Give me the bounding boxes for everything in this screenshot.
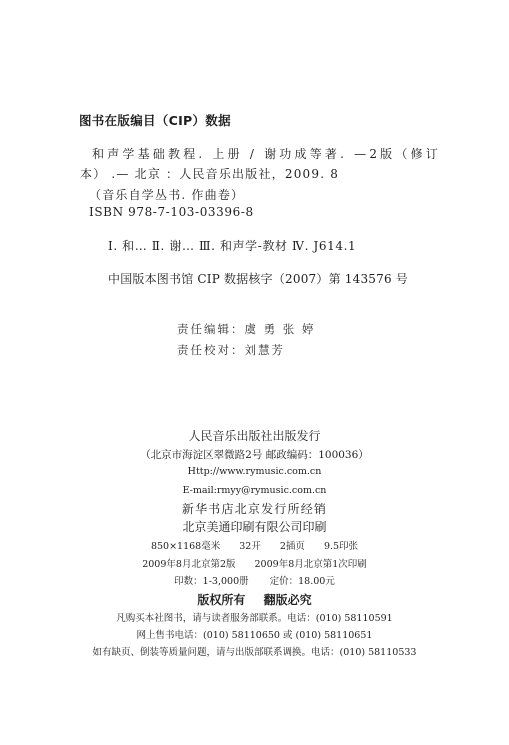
edition: 2009年8月北京第2版 — [142, 559, 235, 570]
piracy-warning: 翻版必究 — [264, 593, 312, 607]
publisher-name: 人民音乐出版社出版发行 — [0, 427, 509, 444]
spec-sheets: 9.5印张 — [324, 541, 358, 552]
cip-title-line: 和声学基础教程. 上册 / 谢功成等著. —2版（修订 — [92, 145, 441, 162]
cip-heading: 图书在版编目（CIP）数据 — [79, 111, 231, 129]
publisher-email: E-mail:rmyy@rymusic.com.cn — [0, 485, 509, 496]
online-sales-contact: 网上售书电话：(010) 58110650 或 (010) 58110651 — [0, 627, 509, 641]
copies: 印数：1-3,000册 — [174, 576, 248, 587]
publisher-website: Http://www.rymusic.com.cn — [0, 466, 509, 477]
spec-inserts: 2插页 — [280, 541, 305, 552]
reader-service-contact: 凡购买本社图书，请与读者服务部联系。电话：(010) 58110591 — [0, 610, 509, 624]
responsible-editors: 责任编辑：虞 勇 张 婷 — [177, 321, 315, 337]
printing: 2009年8月北京第1次印刷 — [255, 559, 367, 570]
rights-reserved: 版权所有 — [197, 593, 245, 607]
spec-kai: 32开 — [239, 541, 261, 552]
spec-format: 850×1168毫米 — [151, 541, 220, 552]
print-run: 印数：1-3,000册 定价：18.00元 — [0, 573, 509, 587]
distributor: 新华书店北京发行所经销 — [0, 500, 509, 517]
proofreader: 责任校对：刘慧芳 — [177, 342, 285, 358]
edition-info: 2009年8月北京第2版 2009年8月北京第1次印刷 — [0, 556, 509, 570]
rights-notice: 版权所有 翻版必究 — [0, 591, 509, 608]
defect-contact: 如有缺页、倒装等质量问题，请与出版部联系调换。电话：(010) 58110533 — [0, 644, 509, 658]
cip-record-number: 中国版本图书馆 CIP 数据核字（2007）第 143576 号 — [108, 270, 408, 287]
printer: 北京美通印刷有限公司印刷 — [0, 518, 509, 535]
classification: Ⅰ. 和… Ⅱ. 谢… Ⅲ. 和声学-教材 Ⅳ. J614.1 — [108, 237, 356, 254]
price: 定价：18.00元 — [270, 576, 335, 587]
isbn: ISBN 978-7-103-03396-8 — [89, 205, 254, 219]
cip-series-line: （音乐自学丛书. 作曲卷） — [89, 186, 244, 203]
book-specs: 850×1168毫米 32开 2插页 9.5印张 — [0, 538, 509, 552]
publisher-address: （北京市海淀区翠微路2号 邮政编码：100036） — [0, 447, 509, 462]
cip-publication-line: 本） .— 北京 ：人民音乐出版社，2009. 8 — [80, 165, 339, 182]
